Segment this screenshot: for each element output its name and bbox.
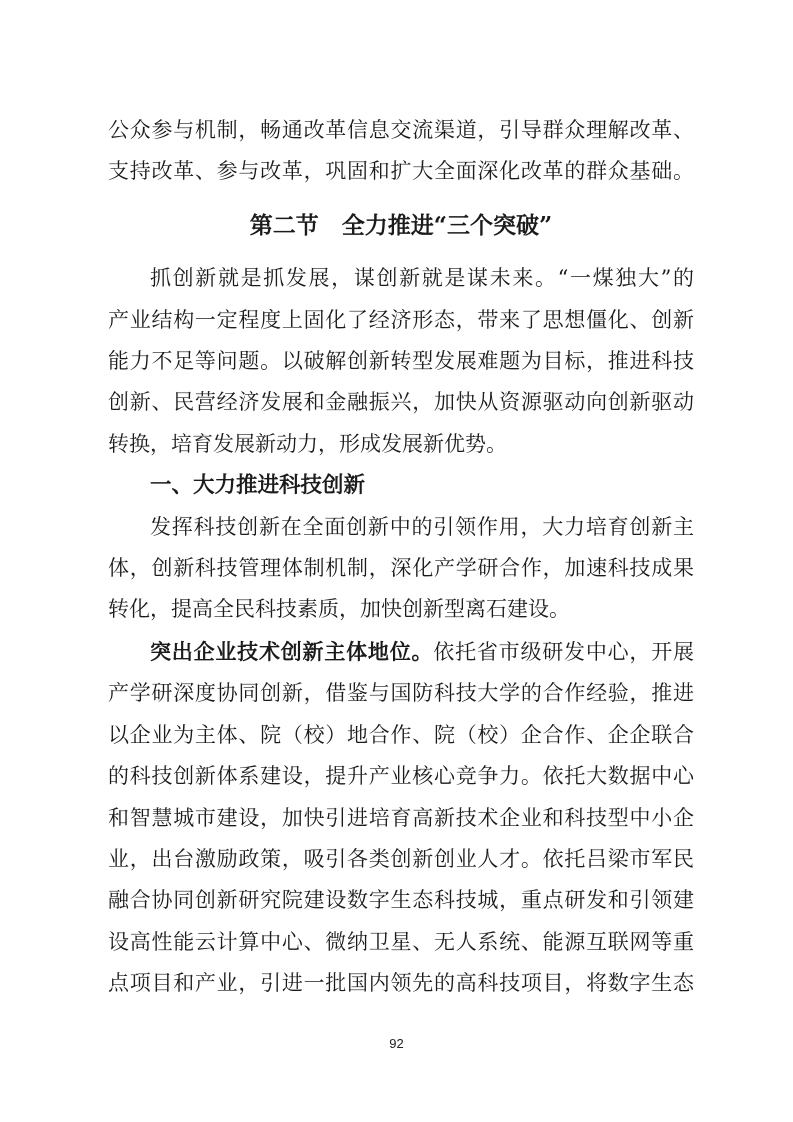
line-of-text: 体，创新科技管理体制机制，深化产学研合作，加速科技成果	[108, 548, 694, 589]
line-of-text: 点项目和产业，引进一批国内领先的高科技项目，将数字生态	[108, 963, 694, 1004]
line-of-text-with-bold-lead: 突出企业技术创新主体地位。依托省市级研发中心，开展	[108, 631, 694, 673]
line-of-text: 抓创新就是抓发展，谋创新就是谋未来。“一煤独大”的	[108, 258, 694, 299]
document-page: 公众参与机制，畅通改革信息交流渠道，引导群众理解改革、 支持改革、参与改革，巩固…	[0, 0, 793, 1122]
line-of-text: 支持改革、参与改革，巩固和扩大全面深化改革的群众基础。	[108, 151, 694, 192]
paragraph-2: 发挥科技创新在全面创新中的引领作用，大力培育创新主 体，创新科技管理体制机制，深…	[108, 507, 694, 631]
line-of-text: 的科技创新体系建设，提升产业核心竞争力。依托大数据中心	[108, 756, 694, 797]
line-of-text: 产业结构一定程度上固化了经济形态，带来了思想僵化、创新	[108, 300, 694, 341]
line-of-text: 产学研深度协同创新，借鉴与国防科技大学的合作经验，推进	[108, 673, 694, 714]
sub-section-heading: 一、大力推进科技创新	[108, 465, 694, 506]
paragraph-1: 抓创新就是抓发展，谋创新就是谋未来。“一煤独大”的 产业结构一定程度上固化了经济…	[108, 258, 694, 465]
line-of-text: 融合协同创新研究院建设数字生态科技城，重点研发和引领建	[108, 880, 694, 921]
line-of-text: 创新、民营经济发展和金融振兴，加快从资源驱动向创新驱动	[108, 382, 694, 423]
section-heading: 第二节 全力推进“三个突破”	[108, 205, 694, 246]
page-number: 92	[0, 1036, 793, 1051]
line-of-text: 以企业为主体、院（校）地合作、院（校）企合作、企企联合	[108, 715, 694, 756]
line-of-text: 设高性能云计算中心、微纳卫星、无人系统、能源互联网等重	[108, 922, 694, 963]
line-of-text: 业，出台激励政策，吸引各类创新创业人才。依托吕梁市军民	[108, 839, 694, 880]
line-of-text: 公众参与机制，畅通改革信息交流渠道，引导群众理解改革、	[108, 110, 694, 151]
line-of-text: 转化，提高全民科技素质，加快创新型离石建设。	[108, 589, 694, 630]
line-of-text: 发挥科技创新在全面创新中的引领作用，大力培育创新主	[108, 507, 694, 548]
page-content: 公众参与机制，畅通改革信息交流渠道，引导群众理解改革、 支持改革、参与改革，巩固…	[0, 0, 793, 1005]
lead-rest-text: 依托省市级研发中心，开展	[433, 640, 694, 664]
line-of-text: 能力不足等问题。以破解创新转型发展难题为目标，推进科技	[108, 341, 694, 382]
bold-lead-text: 突出企业技术创新主体地位。	[150, 639, 433, 664]
paragraph-3: 突出企业技术创新主体地位。依托省市级研发中心，开展 产学研深度协同创新，借鉴与国…	[108, 631, 694, 1005]
line-of-text: 和智慧城市建设，加快引进培育高新技术企业和科技型中小企	[108, 798, 694, 839]
paragraph-intro: 公众参与机制，畅通改革信息交流渠道，引导群众理解改革、 支持改革、参与改革，巩固…	[108, 110, 694, 193]
line-of-text: 转换，培育发展新动力，形成发展新优势。	[108, 424, 694, 465]
